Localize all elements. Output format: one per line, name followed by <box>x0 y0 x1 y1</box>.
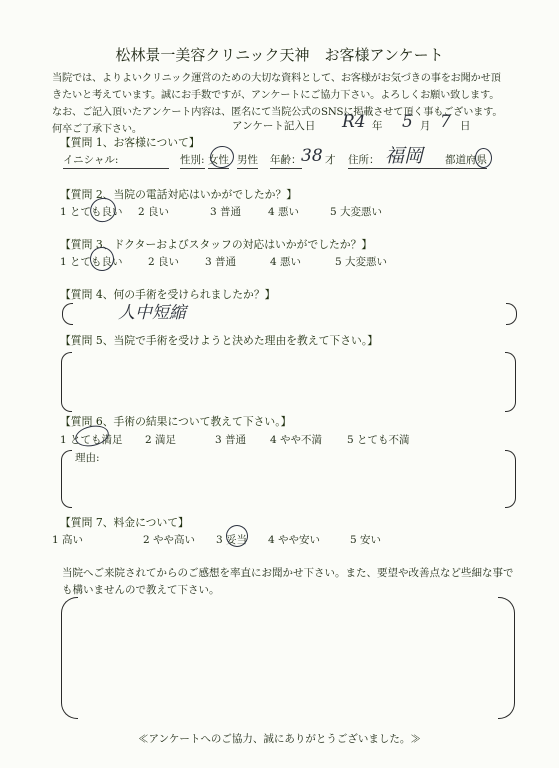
q3-option-4[interactable]: 4 悪い <box>270 254 301 269</box>
selection-circle-prefecture <box>475 148 492 168</box>
q5-bracket-left <box>61 352 72 412</box>
q2-option-2[interactable]: 2 良い <box>138 204 169 219</box>
comments-bracket-left <box>61 597 78 719</box>
gender-label: 性別: <box>180 152 205 169</box>
month-unit: 月 <box>420 118 431 133</box>
date-day-field[interactable]: 7 <box>440 112 451 132</box>
q6-bracket-right <box>505 450 516 508</box>
q6-bracket-left <box>61 450 72 508</box>
q6-reason-label: 理由: <box>75 450 100 465</box>
age-field[interactable]: 38 <box>301 146 323 166</box>
date-label: アンケート記入日 <box>232 118 315 133</box>
q5-heading: 【質問 5、当院で手術を受けようと決めた理由を教えて下さい。】 <box>60 333 378 348</box>
q6-option-2[interactable]: 2 満足 <box>145 432 176 447</box>
q7-option-2[interactable]: 2 やや高い <box>143 532 195 547</box>
comments-bracket-right <box>498 597 515 719</box>
q2-option-4[interactable]: 4 悪い <box>268 204 299 219</box>
q7-option-5[interactable]: 5 安い <box>350 532 381 547</box>
q7-heading: 【質問 7、料金について】 <box>60 515 189 530</box>
q2-option-3[interactable]: 3 普通 <box>210 204 241 219</box>
q6-reason-field[interactable] <box>105 452 500 502</box>
q5-bracket-right <box>505 352 516 412</box>
q3-option-5[interactable]: 5 大変悪い <box>335 254 387 269</box>
q5-answer-field[interactable] <box>72 354 502 408</box>
q4-answer-field[interactable]: 人中短縮 <box>118 298 186 323</box>
initial-label: イニシャル: <box>63 152 169 169</box>
age-label: 年齢： <box>270 152 302 169</box>
address-field[interactable]: 福岡 <box>385 141 423 168</box>
q4-bracket-left <box>62 303 73 325</box>
comments-prompt: 当院へご来院されてからのご感想を率直にお聞かせ下さい。また、要望や改善点など些細… <box>62 565 522 599</box>
survey-title: 松林景一美容クリニック天神 お客様アンケート <box>0 44 559 65</box>
q7-option-4[interactable]: 4 やや安い <box>268 532 320 547</box>
q3-option-3[interactable]: 3 普通 <box>205 254 236 269</box>
q4-bracket-right <box>506 303 517 325</box>
q3-option-2[interactable]: 2 良い <box>148 254 179 269</box>
q6-option-5[interactable]: 5 とても不満 <box>347 432 410 447</box>
comments-field[interactable] <box>80 600 498 712</box>
q1-heading: 【質問 1、お客様について】 <box>60 135 200 150</box>
day-unit: 日 <box>460 118 471 133</box>
age-unit: 才 <box>325 152 336 167</box>
q2-option-5[interactable]: 5 大変悪い <box>330 204 382 219</box>
q6-option-4[interactable]: 4 やや不満 <box>270 432 322 447</box>
q7-option-1[interactable]: 1 高い <box>52 532 83 547</box>
date-month-field[interactable]: 5 <box>402 112 413 132</box>
gender-option-male[interactable]: 男性 <box>237 152 258 169</box>
date-year-field[interactable]: R4 <box>342 112 366 132</box>
q6-option-3[interactable]: 3 普通 <box>215 432 246 447</box>
footer-thanks: ≪アンケートへのご協力、誠にありがとうございました。≫ <box>0 731 559 746</box>
year-unit: 年 <box>372 118 383 133</box>
